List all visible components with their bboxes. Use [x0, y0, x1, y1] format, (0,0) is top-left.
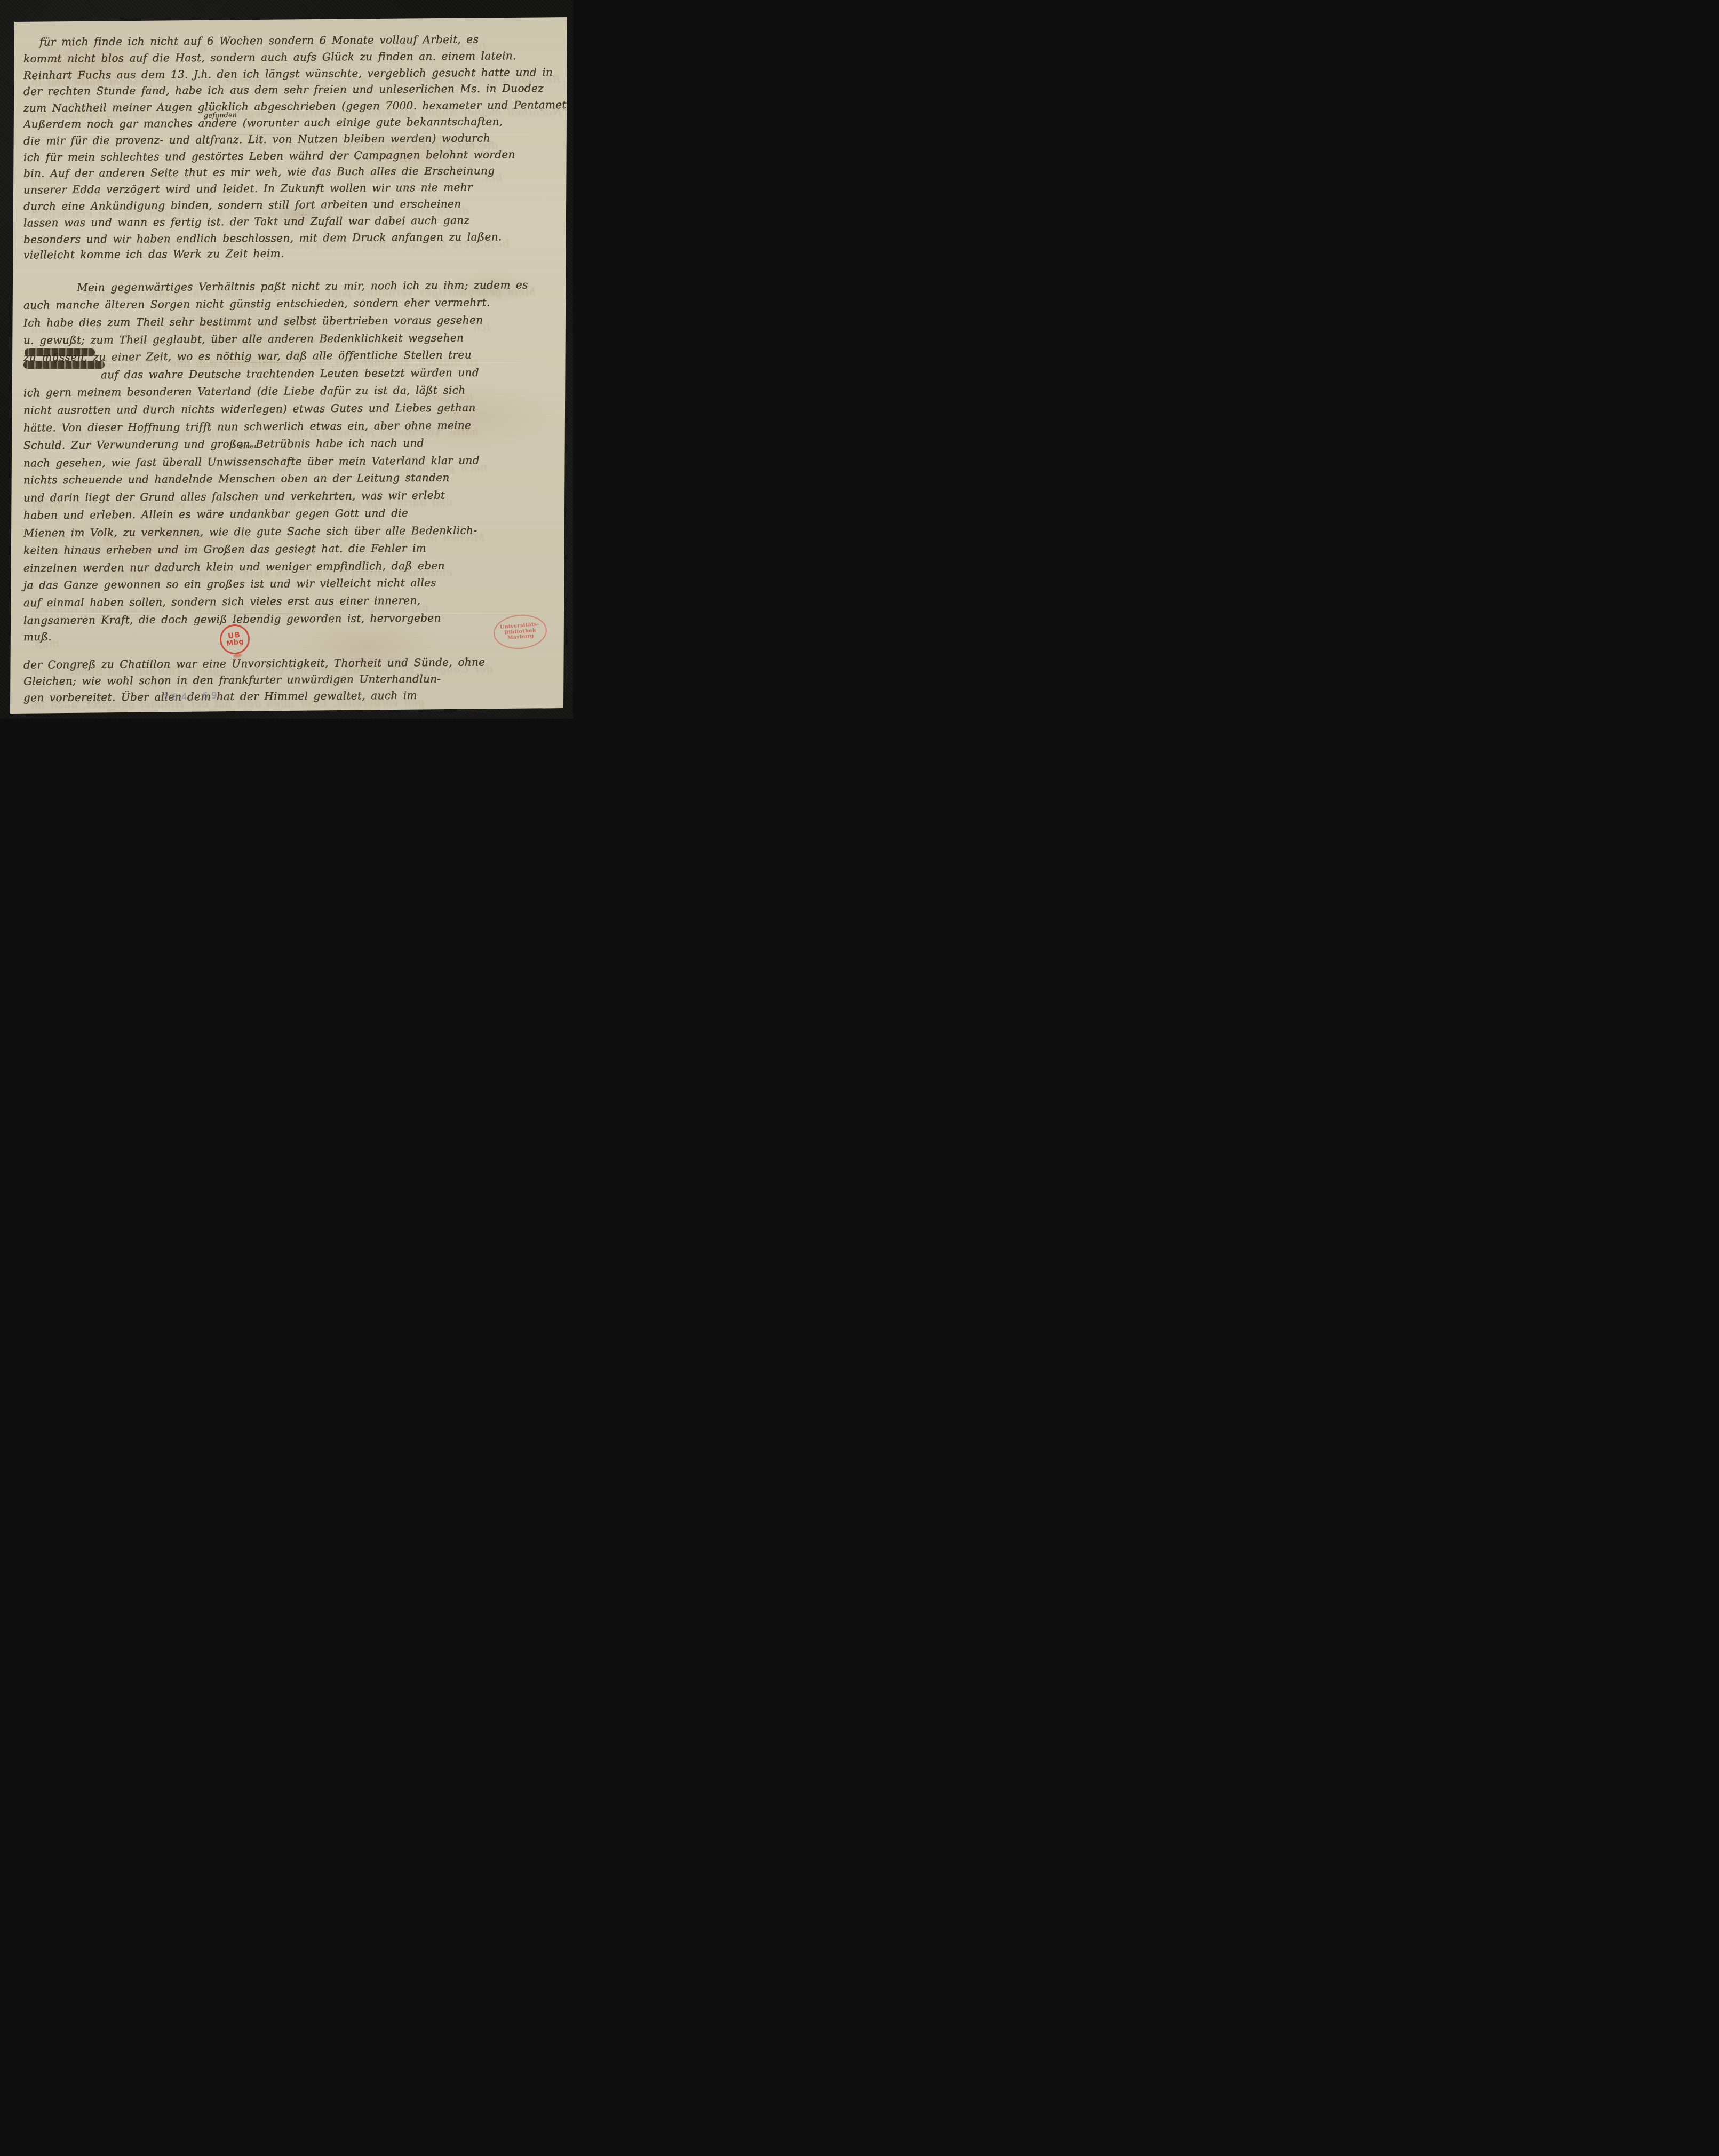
manuscript-line: vielleicht komme ich das Werk zu Zeit he…: [23, 247, 284, 262]
manuscript-line: nach gesehen, wie fast überall Unwissens…: [23, 453, 480, 470]
manuscript-line: kommt nicht blos auf die Hast, sondern a…: [23, 49, 516, 66]
manuscript-line: besonders und wir haben endlich beschlos…: [23, 229, 502, 246]
manuscript-line: Gleichen; wie wohl schon in den frankfur…: [23, 672, 441, 688]
manuscript-line: Mienen im Volk, zu verkennen, wie die gu…: [23, 523, 477, 540]
manuscript-line: unserer Edda verzögert wird und leidet. …: [23, 180, 473, 197]
manuscript-line: nichts scheuende und handelnde Menschen …: [23, 471, 450, 487]
interlinear-insertion: gefunden: [204, 112, 237, 120]
manuscript-line: auf das wahre Deutsche trachtenden Leute…: [101, 366, 479, 382]
stamp-text: Marburg: [507, 633, 534, 641]
scan-background-mat: für mich finde ich nicht auf 6 Wochen so…: [0, 0, 573, 719]
manuscript-line: Reinhart Fuchs aus dem 13. J.h. den ich …: [23, 65, 553, 82]
manuscript-line: muß.: [23, 630, 52, 644]
manuscript-line: Ich habe dies zum Theil sehr bestimmt un…: [23, 313, 483, 329]
manuscript-line: die mir für die provenz- und altfranz. L…: [23, 131, 490, 147]
ink-strikethrough: [23, 361, 105, 369]
manuscript-line: auf einmal haben sollen, sondern sich vi…: [23, 593, 421, 610]
manuscript-line: Mein gegenwärtiges Verhältnis paßt nicht…: [77, 278, 528, 294]
manuscript-line: der rechten Stunde fand, habe ich aus de…: [23, 81, 544, 98]
manuscript-line: für mich finde ich nicht auf 6 Wochen so…: [39, 32, 479, 49]
manuscript-line: durch eine Ankündigung binden, sondern s…: [23, 196, 461, 213]
manuscript-line: ja das Ganze gewonnen so ein großes ist …: [23, 576, 436, 592]
interlinear-insertion: einen: [239, 443, 259, 451]
library-stamp-circle: UB Mbg: [218, 622, 251, 656]
manuscript-line: keiten hinaus erheben und im Großen das …: [23, 541, 426, 557]
library-stamp-oval: Universitäts- Bibliothek Marburg: [492, 613, 548, 651]
ink-strikethrough: [25, 348, 95, 356]
manuscript-line: einzelnen werden nur dadurch klein und w…: [23, 558, 445, 575]
manuscript-line: Außerdem noch gar manches andere (worunt…: [23, 114, 503, 131]
letter-paper: für mich finde ich nicht auf 6 Wochen so…: [0, 0, 573, 719]
manuscript-line: u. gewußt; zum Theil geglaubt, über alle…: [23, 330, 464, 347]
manuscript-line: lassen was und wann es fertig ist. der T…: [23, 213, 469, 229]
manuscript-line: auch manche älteren Sorgen nicht günstig…: [23, 295, 490, 312]
manuscript-line: nicht ausrotten und durch nichts widerle…: [23, 400, 476, 417]
manuscript-line: ich gern meinem besonderen Vaterland (di…: [23, 383, 466, 400]
manuscript-line: der Congreß zu Chatillon war eine Unvors…: [23, 655, 486, 671]
manuscript-line: haben und erleben. Allein es wäre undank…: [23, 506, 408, 522]
stamp-text: Mbg: [226, 638, 245, 648]
manuscript-line: Schuld. Zur Verwunderung und großen Betr…: [23, 435, 424, 452]
manuscript-line: hätte. Von dieser Hoffnung trifft nun sc…: [23, 418, 471, 434]
manuscript-line: ich für mein schlechtes und gestörtes Le…: [23, 147, 515, 164]
manuscript-line: und darin liegt der Grund alles falschen…: [23, 488, 445, 505]
